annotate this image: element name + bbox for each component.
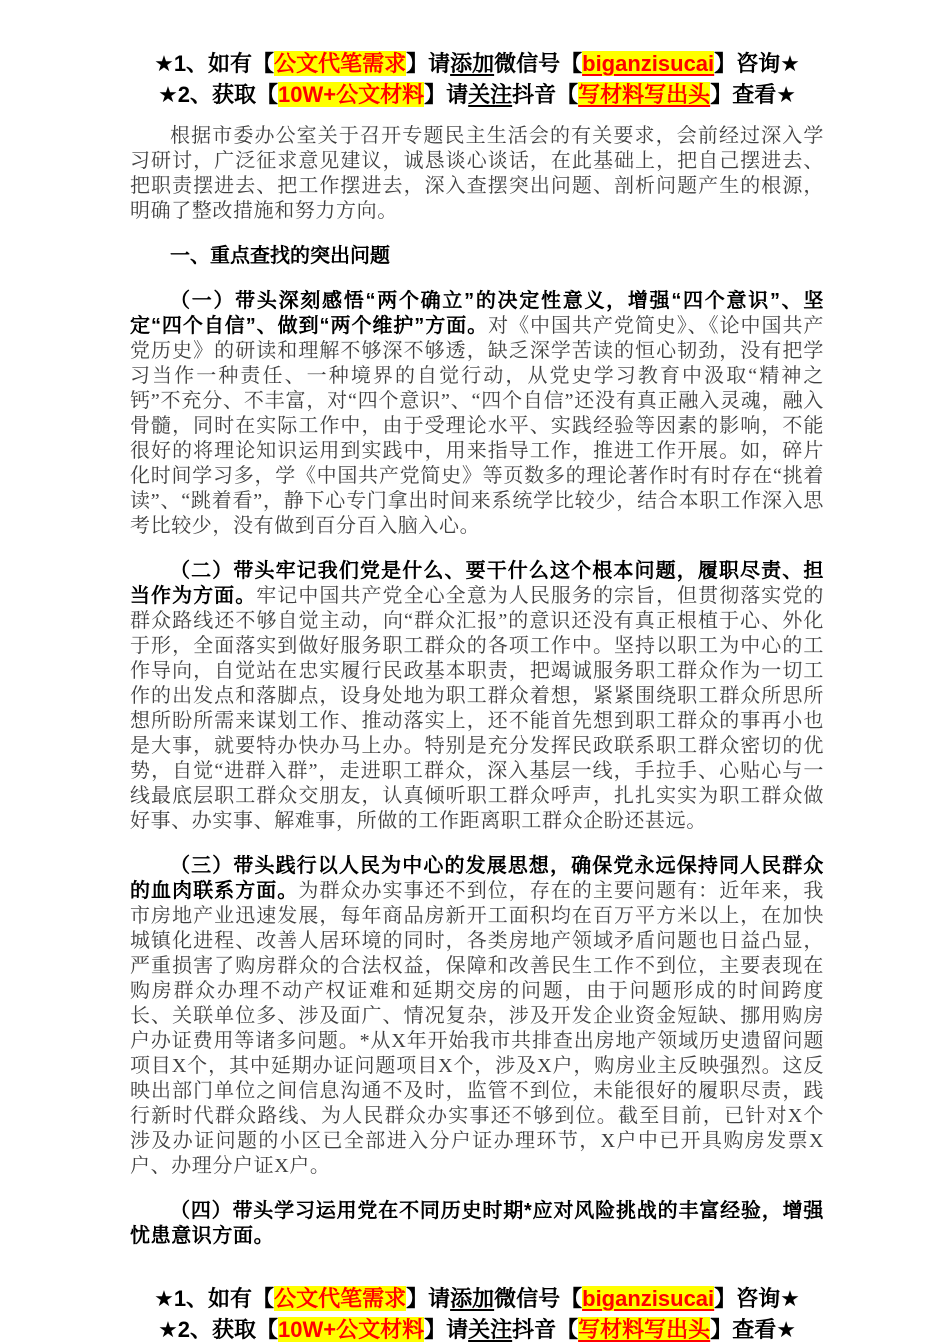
intro-paragraph: 根据市委办公室关于召开专题民主生活会的有关要求，会前经过深入学习研讨，广泛征求意…: [130, 124, 824, 224]
footer-ad-block: ★1、如有【公文代笔需求】请添加微信号【biganzisucai】咨询★ ★2、…: [130, 1283, 824, 1344]
ad-segment: ★2、获取【: [158, 1317, 278, 1342]
header-ad-block: ★1、如有【公文代笔需求】请添加微信号【biganzisucai】咨询★ ★2、…: [130, 48, 824, 110]
ad-segment: 公文代笔需求: [274, 51, 406, 76]
ad-segment: 】请: [406, 51, 450, 76]
document-page: ★1、如有【公文代笔需求】请添加微信号【biganzisucai】咨询★ ★2、…: [0, 0, 950, 1344]
sections-container: （一）带头深刻感悟“两个确立”的决定性意义，增强“四个意识”、坚定“四个自信”、…: [130, 289, 824, 1249]
ad-segment: 抖音【: [512, 1317, 578, 1342]
ad-segment: 】请: [424, 1317, 468, 1342]
ad-segment: 10W+公文材料: [278, 1317, 424, 1342]
ad-segment: 写材料写出头: [578, 1317, 710, 1342]
ad-segment: 写材料写出头: [578, 82, 710, 107]
section-body-text: 为群众办实事还不到位，存在的主要问题有：近年来，我市房地产业迅速发展，每年商品房…: [130, 880, 824, 1177]
ad-segment: ★1、如有【: [154, 1286, 274, 1311]
ad-segment: 】咨询★: [714, 51, 800, 76]
ad-segment: biganzisucai: [582, 51, 714, 76]
section-paragraph: （三）带头践行以人民为中心的发展思想，确保党永远保持同人民群众的血肉联系方面。为…: [130, 854, 824, 1179]
ad-segment: 微信号【: [494, 1286, 582, 1311]
ad-segment: 】请: [406, 1286, 450, 1311]
section-body-text: 对《中国共产党简史》、《论中国共产党历史》的研读和理解不够深不够透，缺乏深学苦读…: [130, 315, 824, 537]
ad-segment: 10W+公文材料: [278, 82, 424, 107]
section-body-text: 牢记中国共产党全心全意为人民服务的宗旨，但贯彻落实党的群众路线还不够自觉主动，向…: [130, 585, 824, 832]
section-lead-text: （四）带头学习运用党在不同历史时期*应对风险挑战的丰富经验，增强忧患意识方面。: [130, 1200, 824, 1247]
section-paragraph: （四）带头学习运用党在不同历史时期*应对风险挑战的丰富经验，增强忧患意识方面。: [130, 1199, 824, 1249]
ad-segment: 】请: [424, 82, 468, 107]
header-ad-line-1: ★1、如有【公文代笔需求】请添加微信号【biganzisucai】咨询★: [130, 48, 824, 79]
section-paragraph: （二）带头牢记我们党是什么、要干什么这个根本问题，履职尽责、担当作为方面。牢记中…: [130, 559, 824, 834]
ad-segment: 公文代笔需求: [274, 1286, 406, 1311]
section-paragraph: （一）带头深刻感悟“两个确立”的决定性意义，增强“四个意识”、坚定“四个自信”、…: [130, 289, 824, 539]
ad-segment: ★1、如有【: [154, 51, 274, 76]
ad-segment: ★2、获取【: [158, 82, 278, 107]
ad-segment: 】咨询★: [714, 1286, 800, 1311]
section-heading: 一、重点查找的突出问题: [130, 244, 824, 269]
ad-segment: 关注: [468, 82, 512, 107]
footer-ad-line-2: ★2、获取【10W+公文材料】请关注抖音【写材料写出头】查看★: [130, 1314, 824, 1344]
header-ad-line-2: ★2、获取【10W+公文材料】请关注抖音【写材料写出头】查看★: [130, 79, 824, 110]
ad-segment: 抖音【: [512, 82, 578, 107]
ad-segment: 】查看★: [710, 1317, 796, 1342]
ad-segment: biganzisucai: [582, 1286, 714, 1311]
ad-segment: 】查看★: [710, 82, 796, 107]
ad-segment: 添加: [450, 51, 494, 76]
ad-segment: 微信号【: [494, 51, 582, 76]
ad-segment: 关注: [468, 1317, 512, 1342]
ad-segment: 添加: [450, 1286, 494, 1311]
footer-ad-line-1: ★1、如有【公文代笔需求】请添加微信号【biganzisucai】咨询★: [130, 1283, 824, 1314]
